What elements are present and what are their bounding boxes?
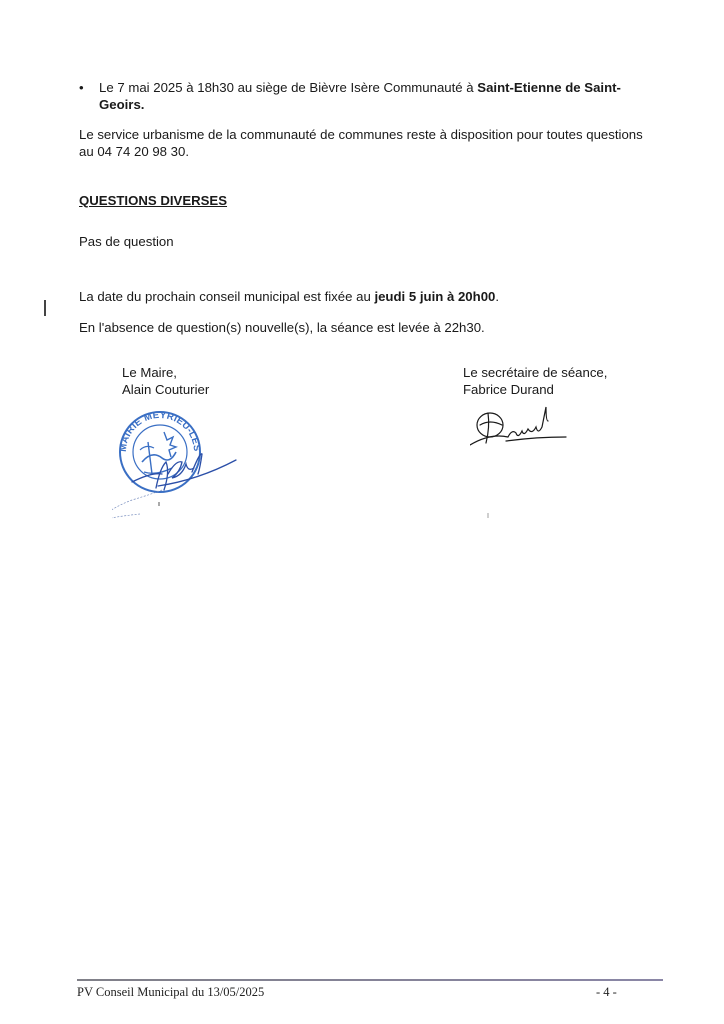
bullet-text: Le 7 mai 2025 à 18h30 au siège de Bièvre… bbox=[99, 79, 659, 113]
mayor-signature-block: Le Maire, Alain Couturier bbox=[122, 364, 209, 398]
footer-divider bbox=[77, 979, 663, 981]
page-number: - 4 - bbox=[596, 984, 617, 1001]
secretary-title: Le secrétaire de séance, bbox=[463, 364, 607, 381]
footer-document-title: PV Conseil Municipal du 13/05/2025 bbox=[77, 984, 264, 1001]
mayor-stamp-icon: MAIRIE MEYRIEU-LES-ETANGS bbox=[112, 402, 262, 522]
closing-paragraph: En l'absence de question(s) nouvelle(s),… bbox=[79, 319, 659, 336]
mayor-title: Le Maire, bbox=[122, 364, 209, 381]
svg-text:MAIRIE MEYRIEU-LES-ETANGS: MAIRIE MEYRIEU-LES-ETANGS bbox=[112, 402, 202, 452]
margin-mark bbox=[44, 300, 46, 316]
mayor-name: Alain Couturier bbox=[122, 381, 209, 398]
bullet-item-meeting: • Le 7 mai 2025 à 18h30 au siège de Bièv… bbox=[79, 79, 659, 113]
no-question-text: Pas de question bbox=[79, 233, 659, 250]
next-council-paragraph: La date du prochain conseil municipal es… bbox=[79, 288, 659, 305]
secretary-signature-icon bbox=[470, 405, 570, 455]
scan-speck bbox=[487, 513, 489, 518]
secretary-signature-block: Le secrétaire de séance, Fabrice Durand bbox=[463, 364, 607, 398]
bullet-icon: • bbox=[79, 79, 99, 96]
next-council-date: jeudi 5 juin à 20h00 bbox=[374, 289, 495, 304]
section-heading: QUESTIONS DIVERSES bbox=[79, 192, 227, 209]
service-paragraph: Le service urbanisme de la communauté de… bbox=[79, 126, 659, 160]
secretary-name: Fabrice Durand bbox=[463, 381, 607, 398]
